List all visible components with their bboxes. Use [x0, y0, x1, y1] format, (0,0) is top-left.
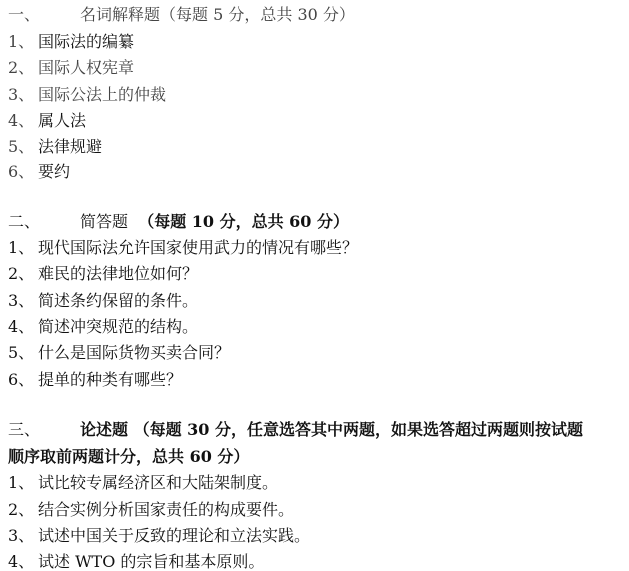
item-number: 1、 [8, 238, 38, 258]
item-text: 现代国际法允许国家使用武力的情况有哪些？ [38, 238, 358, 257]
section-number: 一、 [8, 5, 80, 25]
item-text: 法律规避 [38, 137, 102, 156]
item-number: 4、 [8, 552, 38, 571]
item-number: 6、 [8, 162, 38, 182]
item-number: 2、 [8, 264, 38, 284]
list-item: 4、简述冲突规范的结构。 [8, 317, 198, 337]
item-number: 3、 [8, 291, 38, 311]
item-number: 3、 [8, 85, 38, 105]
item-number: 2、 [8, 500, 38, 520]
section-1-heading: 一、名词解释题（每题 5 分，总共 30 分） [8, 5, 355, 25]
item-number: 4、 [8, 317, 38, 337]
item-number: 2、 [8, 58, 38, 78]
section-title: 名词解释题 [80, 5, 160, 24]
item-number: 1、 [8, 32, 38, 52]
item-text: 结合实例分析国家责任的构成要件。 [38, 500, 294, 519]
list-item: 4、试述 WTO 的宗旨和基本原则。 [8, 552, 264, 571]
item-text: 试比较专属经济区和大陆架制度。 [38, 473, 278, 492]
section-2-heading: 二、简答题 （每题 10 分，总共 60 分） [8, 212, 349, 232]
list-item: 1、现代国际法允许国家使用武力的情况有哪些？ [8, 238, 358, 258]
list-item: 6、要约 [8, 162, 70, 182]
item-text: 国际人权宪章 [38, 58, 134, 77]
item-number: 5、 [8, 137, 38, 157]
section-title: 论述题 [80, 420, 128, 439]
item-text: 什么是国际货物买卖合同？ [38, 343, 230, 362]
section-3-heading: 三、论述题 （每题 30 分，任意选答其中两题，如果选答超过两题则按试题 [8, 420, 583, 440]
section-number: 二、 [8, 212, 80, 232]
section-note: （每题 30 分，任意选答其中两题，如果选答超过两题则按试题 [134, 420, 583, 439]
item-text: 国际法的编纂 [38, 32, 134, 51]
list-item: 2、结合实例分析国家责任的构成要件。 [8, 500, 294, 520]
item-number: 6、 [8, 370, 38, 390]
item-number: 5、 [8, 343, 38, 363]
list-item: 1、国际法的编纂 [8, 32, 134, 52]
exam-page: 一、名词解释题（每题 5 分，总共 30 分） 1、国际法的编纂 2、国际人权宪… [0, 0, 629, 571]
item-number: 3、 [8, 526, 38, 546]
item-text: 试述中国关于反致的理论和立法实践。 [38, 526, 310, 545]
section-note: （每题 5 分，总共 30 分） [160, 5, 355, 24]
item-text: 难民的法律地位如何？ [38, 264, 198, 283]
section-3-note-continued: 顺序取前两题计分，总共 60 分） [8, 447, 249, 467]
list-item: 5、法律规避 [8, 137, 102, 157]
item-text: 简述冲突规范的结构。 [38, 317, 198, 336]
item-text: 国际公法上的仲裁 [38, 85, 166, 104]
list-item: 3、试述中国关于反致的理论和立法实践。 [8, 526, 310, 546]
list-item: 6、提单的种类有哪些？ [8, 370, 182, 390]
list-item: 2、难民的法律地位如何？ [8, 264, 198, 284]
list-item: 4、属人法 [8, 111, 86, 131]
item-text: 简述条约保留的条件。 [38, 291, 198, 310]
item-text: 试述 WTO 的宗旨和基本原则。 [38, 552, 264, 571]
item-text: 属人法 [38, 111, 86, 130]
section-note: （每题 10 分，总共 60 分） [138, 212, 349, 231]
list-item: 5、什么是国际货物买卖合同？ [8, 343, 230, 363]
section-title: 简答题 [80, 212, 128, 231]
item-number: 1、 [8, 473, 38, 493]
list-item: 1、试比较专属经济区和大陆架制度。 [8, 473, 278, 493]
list-item: 3、国际公法上的仲裁 [8, 85, 166, 105]
item-number: 4、 [8, 111, 38, 131]
item-text: 要约 [38, 162, 70, 181]
list-item: 2、国际人权宪章 [8, 58, 134, 78]
section-number: 三、 [8, 420, 80, 440]
list-item: 3、简述条约保留的条件。 [8, 291, 198, 311]
item-text: 提单的种类有哪些？ [38, 370, 182, 389]
